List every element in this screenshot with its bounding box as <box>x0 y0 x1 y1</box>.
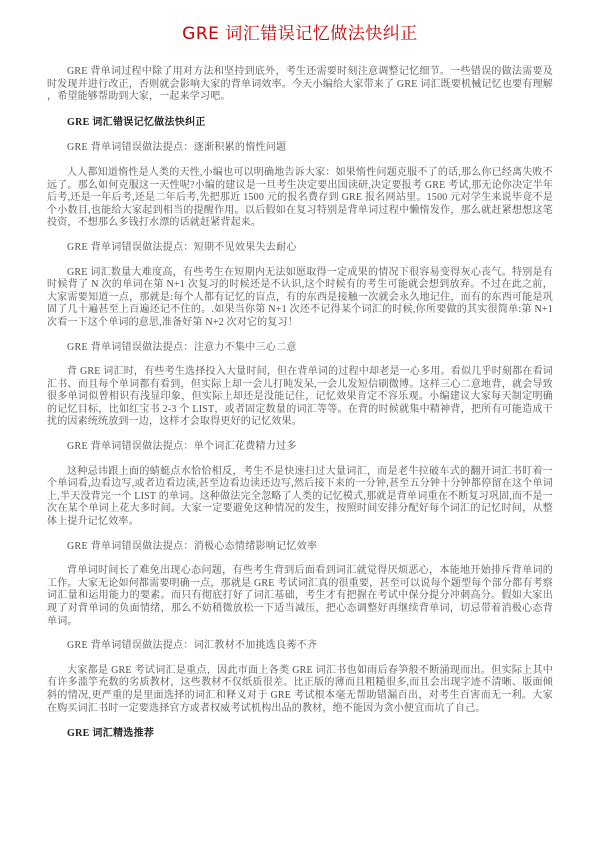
page-title: GRE 词汇错误记忆做法快纠正 <box>47 22 553 46</box>
section-paragraph: GRE 词汇数量大难度高，有些考生在短期内无法如愿取得一定成果的情况下很容易变得… <box>47 267 553 330</box>
section-paragraph: 背单词时间长了难免出现心态问题，有些考生背到后面看到词汇就觉得厌烦恶心，本能地开… <box>47 565 553 628</box>
section-heading: GRE 词汇错误记忆做法快纠正 <box>47 117 553 130</box>
section-label: GRE 背单词错误做法提点：词汇教材不加挑选良莠不齐 <box>47 640 553 653</box>
document-page: GRE 词汇错误记忆做法快纠正 GRE 背单词过程中除了用对方法和坚持到底外，考… <box>0 0 600 849</box>
section-label: GRE 背单词错误做法提点：逐渐积累的惰性问题 <box>47 142 553 155</box>
section-label: GRE 背单词错误做法提点：单个词汇花费精力过多 <box>47 441 553 454</box>
section-label: GRE 背单词错误做法提点：短期不见效果失去耐心 <box>47 242 553 255</box>
section-paragraph: 这种忌讳跟上面的蜻蜓点水恰恰相反，考生不是快速扫过大量词汇，而是老牛拉破车式的翻… <box>47 466 553 529</box>
section-label: GRE 背单词错误做法提点：注意力不集中三心二意 <box>47 342 553 355</box>
intro-paragraph: GRE 背单词过程中除了用对方法和坚持到底外，考生还需要时刻注意调整记忆细节。一… <box>47 66 553 104</box>
sections-container: GRE 背单词错误做法提点：逐渐积累的惰性问题人人都知道惰性是人类的天性,小编也… <box>47 142 553 715</box>
section-label: GRE 背单词错误做法提点：消极心态情绪影响记忆效率 <box>47 541 553 554</box>
section-paragraph: 背 GRE 词汇时，有些考生选择投入大量时间，但在背单词的过程中却老是一心多用。… <box>47 366 553 429</box>
footer-heading: GRE 词汇精选推荐 <box>47 728 553 741</box>
section-paragraph: 大家都是 GRE 考试词汇是重点，因此市面上各类 GRE 词汇书也如雨后春笋般不… <box>47 665 553 715</box>
section-paragraph: 人人都知道惰性是人类的天性,小编也可以明确地告诉大家：如果惰性问题克服不了的话,… <box>47 167 553 230</box>
